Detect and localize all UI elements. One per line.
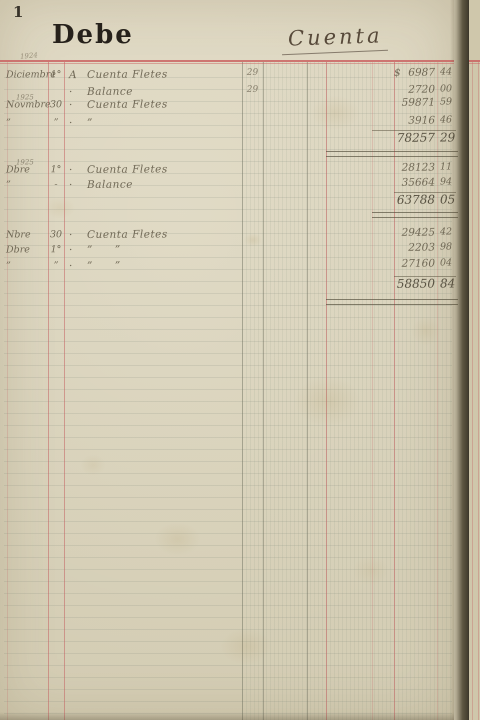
cell-description: Cuenta Fletes	[87, 98, 237, 111]
column-rule-amount-left	[394, 62, 395, 720]
debit-header-title: Debe	[52, 20, 134, 50]
cell-day: 30	[48, 99, 64, 110]
cell-folio: 29	[242, 68, 263, 78]
cell-mark: ·	[69, 86, 85, 98]
cell-description: ” ”	[87, 243, 237, 256]
cell-mark: ·	[69, 260, 85, 272]
cell-description: ” ”	[87, 259, 237, 272]
cell-total-amount: 78257	[396, 131, 435, 145]
cell-total-amount: 63788	[396, 193, 435, 207]
column-rule-folio-right	[263, 62, 264, 720]
column-rule-mid	[307, 62, 308, 720]
cell-month: Novmbre	[6, 99, 48, 110]
cell-description: Cuenta Fletes	[87, 163, 237, 176]
cell-day: ”	[48, 117, 64, 128]
cell-description: Cuenta Fletes	[87, 68, 237, 81]
cell-mark: ·	[69, 229, 85, 241]
next-page-sliver	[468, 0, 480, 720]
scanned-ledger-sheet: 1 Debe Cuenta 1924 Diciembre 1° A Cuenta…	[0, 0, 480, 720]
cell-mark: A	[69, 69, 85, 81]
cell-amount: 29425	[396, 227, 435, 239]
cell-description: ”	[87, 116, 237, 129]
account-header-title: Cuenta	[288, 23, 383, 50]
cell-day: 1°	[48, 69, 64, 80]
ledger-page: 1 Debe Cuenta 1924 Diciembre 1° A Cuenta…	[0, 0, 454, 720]
cell-total-amount: 58850	[396, 277, 435, 291]
column-rule-amount-inner	[372, 62, 373, 720]
cell-month: ”	[6, 179, 48, 190]
cell-mark: ·	[69, 179, 85, 191]
header-rule-bottom	[0, 63, 454, 64]
column-rule-date-left	[48, 62, 49, 720]
page-edge-shadow	[450, 0, 468, 720]
cell-day: 1°	[48, 164, 64, 175]
column-rule-amount-outer	[326, 62, 327, 720]
next-page-column-rule	[472, 62, 473, 720]
closing-double-rule	[326, 151, 458, 157]
cell-amount: 35664	[396, 177, 435, 189]
cell-day: 30	[48, 229, 64, 240]
cell-folio: 29	[242, 85, 263, 95]
cell-day: 1°	[48, 244, 64, 255]
cell-month: ”	[6, 117, 48, 128]
next-page-column-rule	[478, 62, 479, 720]
closing-double-rule	[326, 299, 458, 305]
cell-mark: ·	[69, 99, 85, 111]
cell-amount: 2203	[396, 242, 435, 254]
page-number: 1	[13, 3, 23, 21]
closing-double-rule	[372, 212, 458, 218]
cell-amount: 3916	[396, 115, 435, 127]
cell-month: Dbre	[6, 244, 48, 255]
cell-amount: 27160	[396, 258, 435, 270]
cell-description: Balance	[87, 178, 237, 191]
cell-description: Balance	[87, 85, 237, 98]
column-rule-folio-left	[242, 62, 243, 720]
column-rule-date-right	[64, 62, 65, 720]
header-rule-top	[0, 60, 454, 62]
cell-month: Nbre	[6, 229, 48, 240]
cell-amount: 59871	[396, 97, 435, 109]
cell-day: ”	[48, 260, 64, 271]
cell-amount: 6987	[396, 67, 435, 79]
cell-day: -	[48, 179, 64, 190]
cell-amount: 28123	[396, 162, 435, 174]
column-rule-margin	[7, 62, 8, 720]
cell-month: ”	[6, 260, 48, 271]
cell-amount: 2720	[396, 84, 435, 96]
cell-description: Cuenta Fletes	[87, 228, 237, 241]
account-title-underline	[282, 50, 388, 56]
cell-mark: ·	[69, 244, 85, 256]
cell-mark: ·	[69, 117, 85, 129]
cell-mark: ·	[69, 164, 85, 176]
cell-month: Dbre	[6, 164, 48, 175]
cell-month: Diciembre	[6, 69, 48, 80]
